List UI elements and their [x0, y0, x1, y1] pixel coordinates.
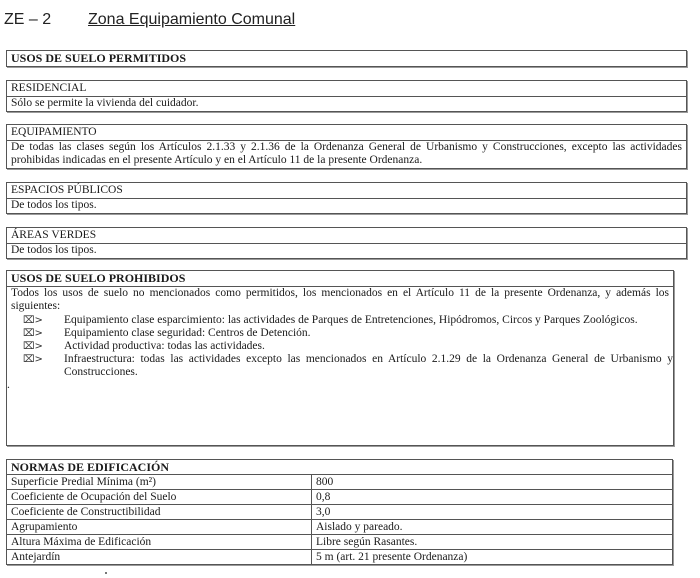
normas-heading: NORMAS DE EDIFICACIÓN	[7, 460, 673, 475]
list-item: ⌧>Equipamiento clase seguridad: Centros …	[7, 327, 673, 340]
row-label: Superficie Predial Mínima (m²)	[7, 475, 312, 490]
section-text: De todos los tipos.	[7, 244, 686, 258]
section-text: Sólo se permite la vivienda del cuidador…	[7, 97, 686, 111]
permitidos-heading: USOS DE SUELO PERMITIDOS	[7, 51, 686, 66]
zone-code: ZE – 2	[4, 11, 88, 29]
table-row: Coeficiente de Ocupación del Suelo0,8	[7, 490, 673, 505]
row-label: Coeficiente de Constructibilidad	[7, 505, 312, 520]
zone-title: ZE – 2Zona Equipamiento Comunal	[4, 11, 295, 29]
row-label: Altura Máxima de Edificación	[7, 535, 312, 550]
permitidos-header-box: USOS DE SUELO PERMITIDOS	[6, 50, 687, 67]
table-row: Altura Máxima de EdificaciónLibre según …	[7, 535, 673, 550]
table-row: Superficie Predial Mínima (m²)800	[7, 475, 673, 490]
table-row: Coeficiente de Constructibilidad3,0	[7, 505, 673, 520]
row-label: Coeficiente de Ocupación del Suelo	[7, 490, 312, 505]
row-value: 0,8	[312, 490, 673, 505]
row-label: Antejardín	[7, 550, 312, 565]
list-item: ⌧>Infraestructura: todas las actividades…	[7, 353, 673, 379]
section-espacios-publicos: ESPACIOS PÚBLICOS De todos los tipos.	[6, 182, 687, 214]
stray-mark	[105, 572, 107, 574]
boxed-x-arrow-icon: ⌧>	[23, 327, 43, 340]
prohibidos-heading: USOS DE SUELO PROHIBIDOS	[7, 271, 673, 287]
section-equipamiento: EQUIPAMIENTO De todas las clases según l…	[6, 124, 687, 169]
row-label: Agrupamiento	[7, 520, 312, 535]
section-heading: EQUIPAMIENTO	[7, 125, 686, 141]
section-text: De todas las clases según los Artículos …	[7, 141, 686, 168]
section-heading: ESPACIOS PÚBLICOS	[7, 183, 686, 199]
table-row: Antejardín5 m (art. 21 presente Ordenanz…	[7, 550, 673, 565]
section-areas-verdes: ÁREAS VERDES De todos los tipos.	[6, 227, 687, 259]
section-residencial: RESIDENCIAL Sólo se permite la vivienda …	[6, 80, 687, 112]
section-text: De todos los tipos.	[7, 199, 686, 213]
trailing-mark: .	[7, 379, 673, 393]
boxed-x-arrow-icon: ⌧>	[23, 314, 43, 327]
boxed-x-arrow-icon: ⌧>	[23, 353, 43, 366]
row-value: 3,0	[312, 505, 673, 520]
row-value: 800	[312, 475, 673, 490]
section-heading: ÁREAS VERDES	[7, 228, 686, 244]
section-heading: RESIDENCIAL	[7, 81, 686, 97]
prohibidos-list: ⌧>Equipamiento clase esparcimiento: las …	[7, 314, 673, 379]
row-value: 5 m (art. 21 presente Ordenanza)	[312, 550, 673, 565]
row-value: Libre según Rasantes.	[312, 535, 673, 550]
prohibidos-box: USOS DE SUELO PROHIBIDOS Todos los usos …	[6, 270, 674, 446]
boxed-x-arrow-icon: ⌧>	[23, 340, 43, 353]
list-item: ⌧>Actividad productiva: todas las activi…	[7, 340, 673, 353]
zone-name: Zona Equipamiento Comunal	[88, 11, 295, 28]
prohibidos-intro: Todos los usos de suelo no mencionados c…	[7, 287, 673, 314]
row-value: Aislado y pareado.	[312, 520, 673, 535]
normas-table: NORMAS DE EDIFICACIÓN Superficie Predial…	[6, 459, 673, 565]
table-row: AgrupamientoAislado y pareado.	[7, 520, 673, 535]
list-item: ⌧>Equipamiento clase esparcimiento: las …	[7, 314, 673, 327]
